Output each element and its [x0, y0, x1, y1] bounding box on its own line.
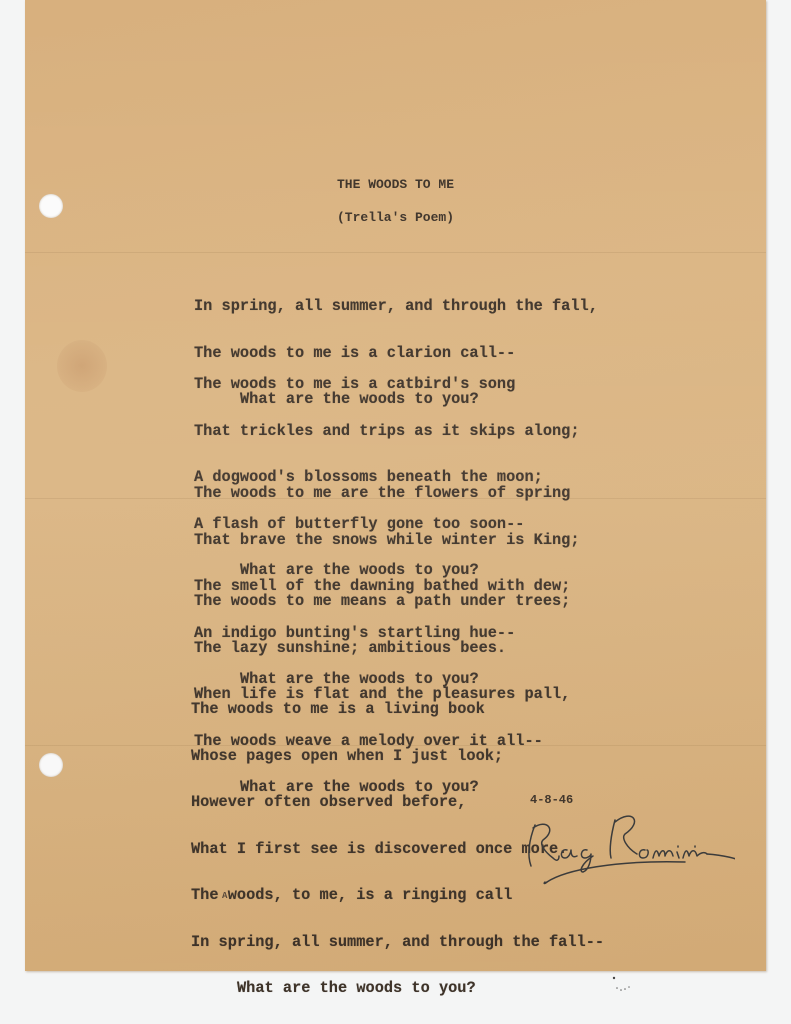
poem-line: In spring, all summer, and through the f… [194, 299, 598, 315]
specks [610, 975, 650, 1000]
poem-line: That brave the snows while winter is Kin… [194, 533, 580, 549]
handwritten-signature [515, 800, 735, 895]
poem-refrain: What are the woods to you? [191, 981, 604, 997]
poem-title: THE WOODS TO ME [25, 177, 766, 192]
poem-line: The woods to me are the flowers of sprin… [194, 486, 580, 502]
poem-line: The woods to me is a living book [191, 702, 604, 718]
stain [57, 340, 107, 392]
poem-line: Whose pages open when I just look; [191, 749, 604, 765]
poem-line: That trickles and trips as it skips alon… [194, 424, 580, 440]
poem-line: The woods to me is a catbird's song [194, 377, 580, 393]
page-mark: A [222, 891, 227, 901]
typed-page: THE WOODS TO ME (Trella's Poem) In sprin… [25, 0, 766, 971]
punch-hole [39, 753, 63, 777]
poem-line: In spring, all summer, and through the f… [191, 935, 604, 951]
fold-line [25, 252, 766, 253]
poem-line: The woods to me means a path under trees… [194, 594, 570, 610]
poem-line: The lazy sunshine; ambitious bees. [194, 641, 570, 657]
poem-subtitle: (Trella's Poem) [25, 210, 766, 225]
